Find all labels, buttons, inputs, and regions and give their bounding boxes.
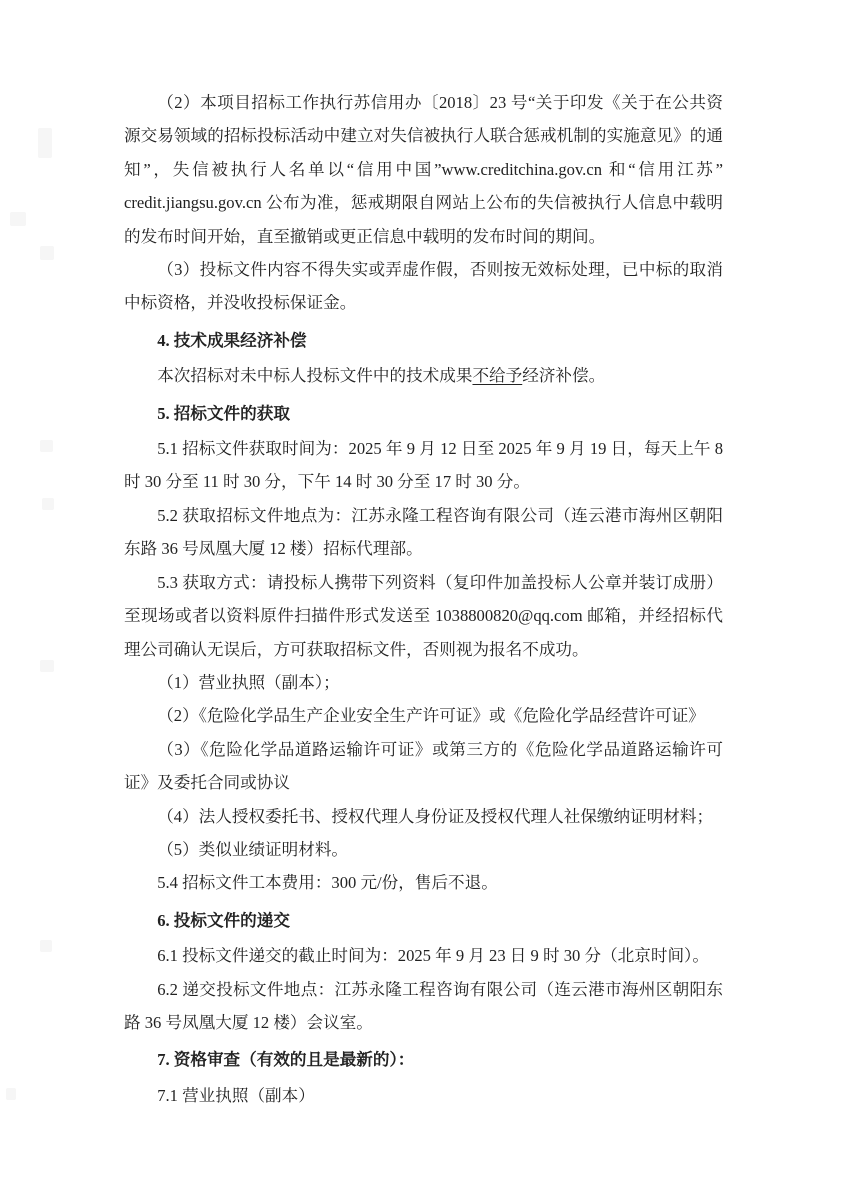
document-body: （2）本项目招标工作执行苏信用办〔2018〕23 号“关于印发《关于在公共资源交…: [124, 86, 723, 1112]
compensation-text-underlined: 不给予: [472, 366, 522, 385]
scan-artifact: [10, 212, 26, 226]
paragraph-tech-compensation: 本次招标对未中标人投标文件中的技术成果不给予经济补偿。: [124, 359, 723, 392]
scan-artifact: [40, 246, 54, 260]
paragraph-6-2-submission-place: 6.2 递交投标文件地点：江苏永隆工程咨询有限公司（连云港市海州区朝阳东路 36…: [124, 973, 723, 1040]
document-page: （2）本项目招标工作执行苏信用办〔2018〕23 号“关于印发《关于在公共资源交…: [0, 0, 849, 1200]
list-item-authorization-materials: （4）法人授权委托书、授权代理人身份证及授权代理人社保缴纳证明材料；: [124, 800, 723, 833]
paragraph-bid-validity: （3）投标文件内容不得失实或弄虚作假，否则按无效标处理，已中标的取消中标资格，并…: [124, 253, 723, 320]
list-item-transport-permit: （3）《危险化学品道路运输许可证》或第三方的《危险化学品道路运输许可证》及委托合…: [124, 733, 723, 800]
heading-section-4: 4. 技术成果经济补偿: [124, 324, 723, 357]
heading-section-5: 5. 招标文件的获取: [124, 397, 723, 430]
scan-artifact: [42, 498, 54, 510]
paragraph-5-4-document-fee: 5.4 招标文件工本费用：300 元/份，售后不退。: [124, 866, 723, 899]
heading-section-7: 7. 资格审查（有效的且是最新的）：: [124, 1043, 723, 1076]
paragraph-5-3-obtain-method: 5.3 获取方式：请投标人携带下列资料（复印件加盖投标人公章并装订成册）至现场或…: [124, 566, 723, 666]
list-item-production-permit: （2）《危险化学品生产企业安全生产许可证》或《危险化学品经营许可证》: [124, 699, 723, 732]
paragraph-6-1-deadline: 6.1 投标文件递交的截止时间为：2025 年 9 月 23 日 9 时 30 …: [124, 939, 723, 972]
paragraph-credit-notice: （2）本项目招标工作执行苏信用办〔2018〕23 号“关于印发《关于在公共资源交…: [124, 86, 723, 253]
paragraph-7-1-business-license: 7.1 营业执照（副本）: [124, 1079, 723, 1112]
scan-artifact: [40, 940, 52, 952]
scan-artifact: [40, 660, 54, 672]
compensation-text-before: 本次招标对未中标人投标文件中的技术成果: [157, 366, 472, 385]
paragraph-5-1-obtain-time: 5.1 招标文件获取时间为：2025 年 9 月 12 日至 2025 年 9 …: [124, 432, 723, 499]
heading-section-6: 6. 投标文件的递交: [124, 904, 723, 937]
scan-artifact: [40, 440, 53, 452]
list-item-business-license: （1）营业执照（副本）；: [124, 666, 723, 699]
paragraph-5-2-obtain-place: 5.2 获取招标文件地点为：江苏永隆工程咨询有限公司（连云港市海州区朝阳东路 3…: [124, 499, 723, 566]
compensation-text-after: 经济补偿。: [522, 366, 605, 385]
list-item-performance-materials: （5）类似业绩证明材料。: [124, 833, 723, 866]
scan-artifact: [6, 1088, 16, 1100]
scan-artifact: [38, 128, 52, 158]
